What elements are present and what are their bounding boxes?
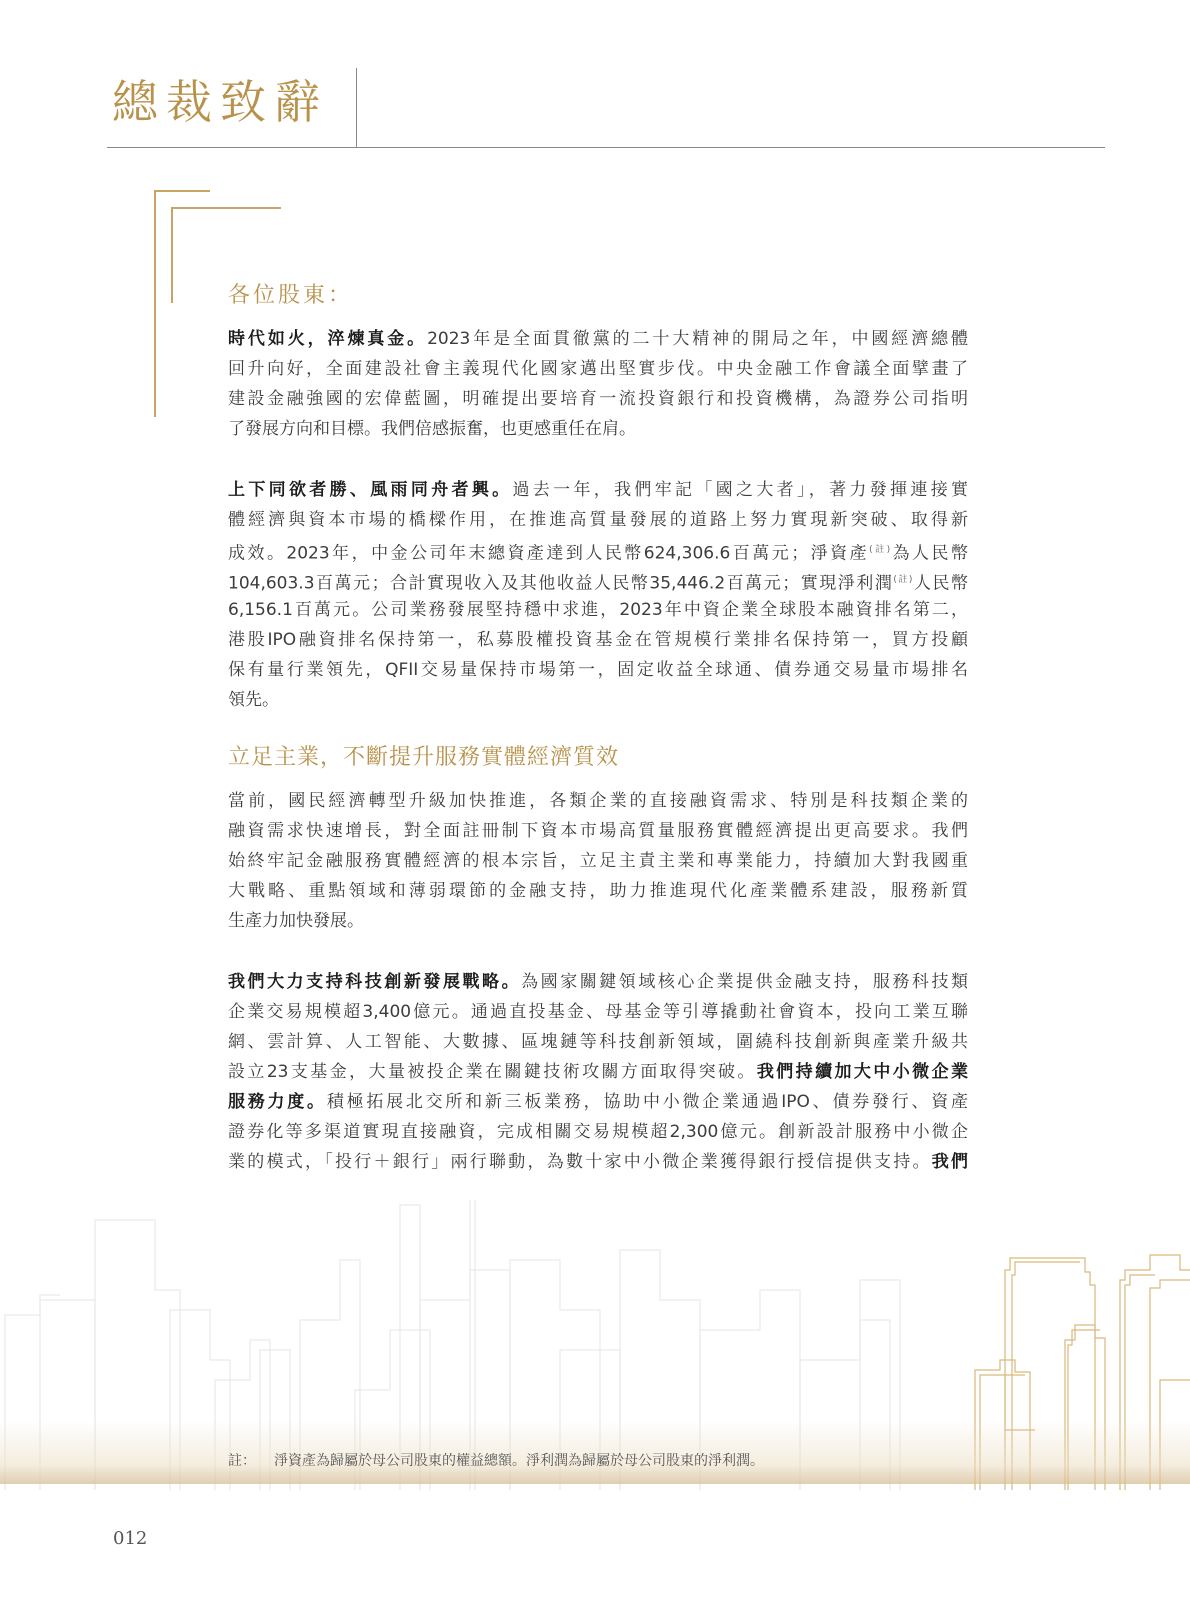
text-line: 成效。2023年，中金公司年末總資產達到人民幣624,306.6百萬元；淨資產(… xyxy=(228,535,968,565)
bold-lead: 我們 xyxy=(932,1152,968,1172)
text-line: 服務力度。積極拓展北交所和新三板業務，協助中小微企業通過IPO、債券發行、資產 xyxy=(228,1087,968,1117)
text-line: 了發展方向和目標。我們倍感振奮，也更感重任在肩。 xyxy=(228,414,968,444)
text-line: 證券化等多渠道實現直接融資，完成相關交易規模超2,300億元。創新設計服務中小微… xyxy=(228,1117,968,1147)
text-line: 大戰略、重點領域和薄弱環節的金融支持，助力推進現代化產業體系建設，服務新質 xyxy=(228,876,968,906)
text-line: 生產力加快發展。 xyxy=(228,906,968,936)
bold-lead: 服務力度。 xyxy=(228,1092,327,1112)
title-divider xyxy=(356,68,357,148)
paragraph-3: 當前，國民經濟轉型升級加快推進，各類企業的直接融資需求、特別是科技類企業的 融資… xyxy=(228,786,968,936)
text-line: 融資需求快速增長，對全面註冊制下資本市場高質量服務實體經濟提出更高要求。我們 xyxy=(228,816,968,846)
header-rule xyxy=(107,147,1105,148)
inner-bracket-horizontal xyxy=(171,207,281,209)
page-title: 總裁致辭 xyxy=(112,74,328,130)
page-number: 012 xyxy=(113,1528,147,1549)
text-line: 我們大力支持科技創新發展戰略。為國家關鍵領域核心企業提供金融支持，服務科技類 xyxy=(228,967,968,997)
footnote-label: 註： xyxy=(228,1453,256,1469)
paragraph-1: 時代如火，淬煉真金。2023年是全面貫徹黨的二十大精神的開局之年，中國經濟總體 … xyxy=(228,324,968,444)
text-line: 領先。 xyxy=(228,685,968,715)
paragraph-4: 我們大力支持科技創新發展戰略。為國家關鍵領域核心企業提供金融支持，服務科技類 企… xyxy=(228,967,968,1177)
inner-bracket-vertical xyxy=(171,207,173,303)
text-line: 網、雲計算、人工智能、大數據、區塊鏈等科技創新領域，圍繞科技創新與產業升級共 xyxy=(228,1027,968,1057)
bold-lead: 我們持續加大中小微企業 xyxy=(757,1062,968,1082)
text-line: 當前，國民經濟轉型升級加快推進，各類企業的直接融資需求、特別是科技類企業的 xyxy=(228,786,968,816)
text-line: 6,156.1百萬元。公司業務發展堅持穩中求進，2023年中資企業全球股本融資排… xyxy=(228,595,968,625)
footnote-marker: (註) xyxy=(869,545,890,555)
text-line: 體經濟與資本市場的橋樑作用，在推進高質量發展的道路上努力實現新突破、取得新 xyxy=(228,505,968,535)
greeting: 各位股東： xyxy=(228,280,353,312)
text-line: 104,603.3百萬元；合計實現收入及其他收益人民幣35,446.2百萬元；實… xyxy=(228,565,968,595)
paragraph-2: 上下同欲者勝、風雨同舟者興。過去一年，我們牢記「國之大者」，著力發揮連接實 體經… xyxy=(228,475,968,715)
text-line: 時代如火，淬煉真金。2023年是全面貫徹黨的二十大精神的開局之年，中國經濟總體 xyxy=(228,324,968,354)
text-line: 上下同欲者勝、風雨同舟者興。過去一年，我們牢記「國之大者」，著力發揮連接實 xyxy=(228,475,968,505)
text-line: 始終牢記金融服務實體經濟的根本宗旨，立足主責主業和專業能力，持續加大對我國重 xyxy=(228,846,968,876)
outer-bracket-vertical xyxy=(154,190,156,417)
section-heading: 立足主業，不斷提升服務實體經濟質效 xyxy=(228,742,619,774)
footnote-marker: (註) xyxy=(893,575,912,585)
footnote: 註：淨資產為歸屬於母公司股東的權益總額。淨利潤為歸屬於母公司股東的淨利潤。 xyxy=(228,1450,764,1472)
outer-bracket-horizontal xyxy=(154,190,210,192)
bold-lead: 我們大力支持科技創新發展戰略。 xyxy=(228,972,521,992)
text-line: 建設金融強國的宏偉藍圖，明確提出要培育一流投資銀行和投資機構，為證券公司指明 xyxy=(228,384,968,414)
bold-lead: 時代如火，淬煉真金。 xyxy=(228,329,427,349)
text-line: 業的模式，「投行＋銀行」兩行聯動，為數十家中小微企業獲得銀行授信提供支持。我們 xyxy=(228,1147,968,1177)
text-line: 回升向好，全面建設社會主義現代化國家邁出堅實步伐。中央金融工作會議全面擘畫了 xyxy=(228,354,968,384)
text-line: 保有量行業領先，QFII交易量保持市場第一，固定收益全球通、債券通交易量市場排名 xyxy=(228,655,968,685)
footnote-text: 淨資產為歸屬於母公司股東的權益總額。淨利潤為歸屬於母公司股東的淨利潤。 xyxy=(274,1453,764,1469)
text-line: 設立23支基金，大量被投企業在關鍵技術攻關方面取得突破。我們持續加大中小微企業 xyxy=(228,1057,968,1087)
text-line: 港股IPO融資排名保持第一，私募股權投資基金在管規模行業排名保持第一，買方投顧 xyxy=(228,625,968,655)
text-line: 企業交易規模超3,400億元。通過直投基金、母基金等引導撬動社會資本，投向工業互… xyxy=(228,997,968,1027)
bold-lead: 上下同欲者勝、風雨同舟者興。 xyxy=(228,480,512,500)
